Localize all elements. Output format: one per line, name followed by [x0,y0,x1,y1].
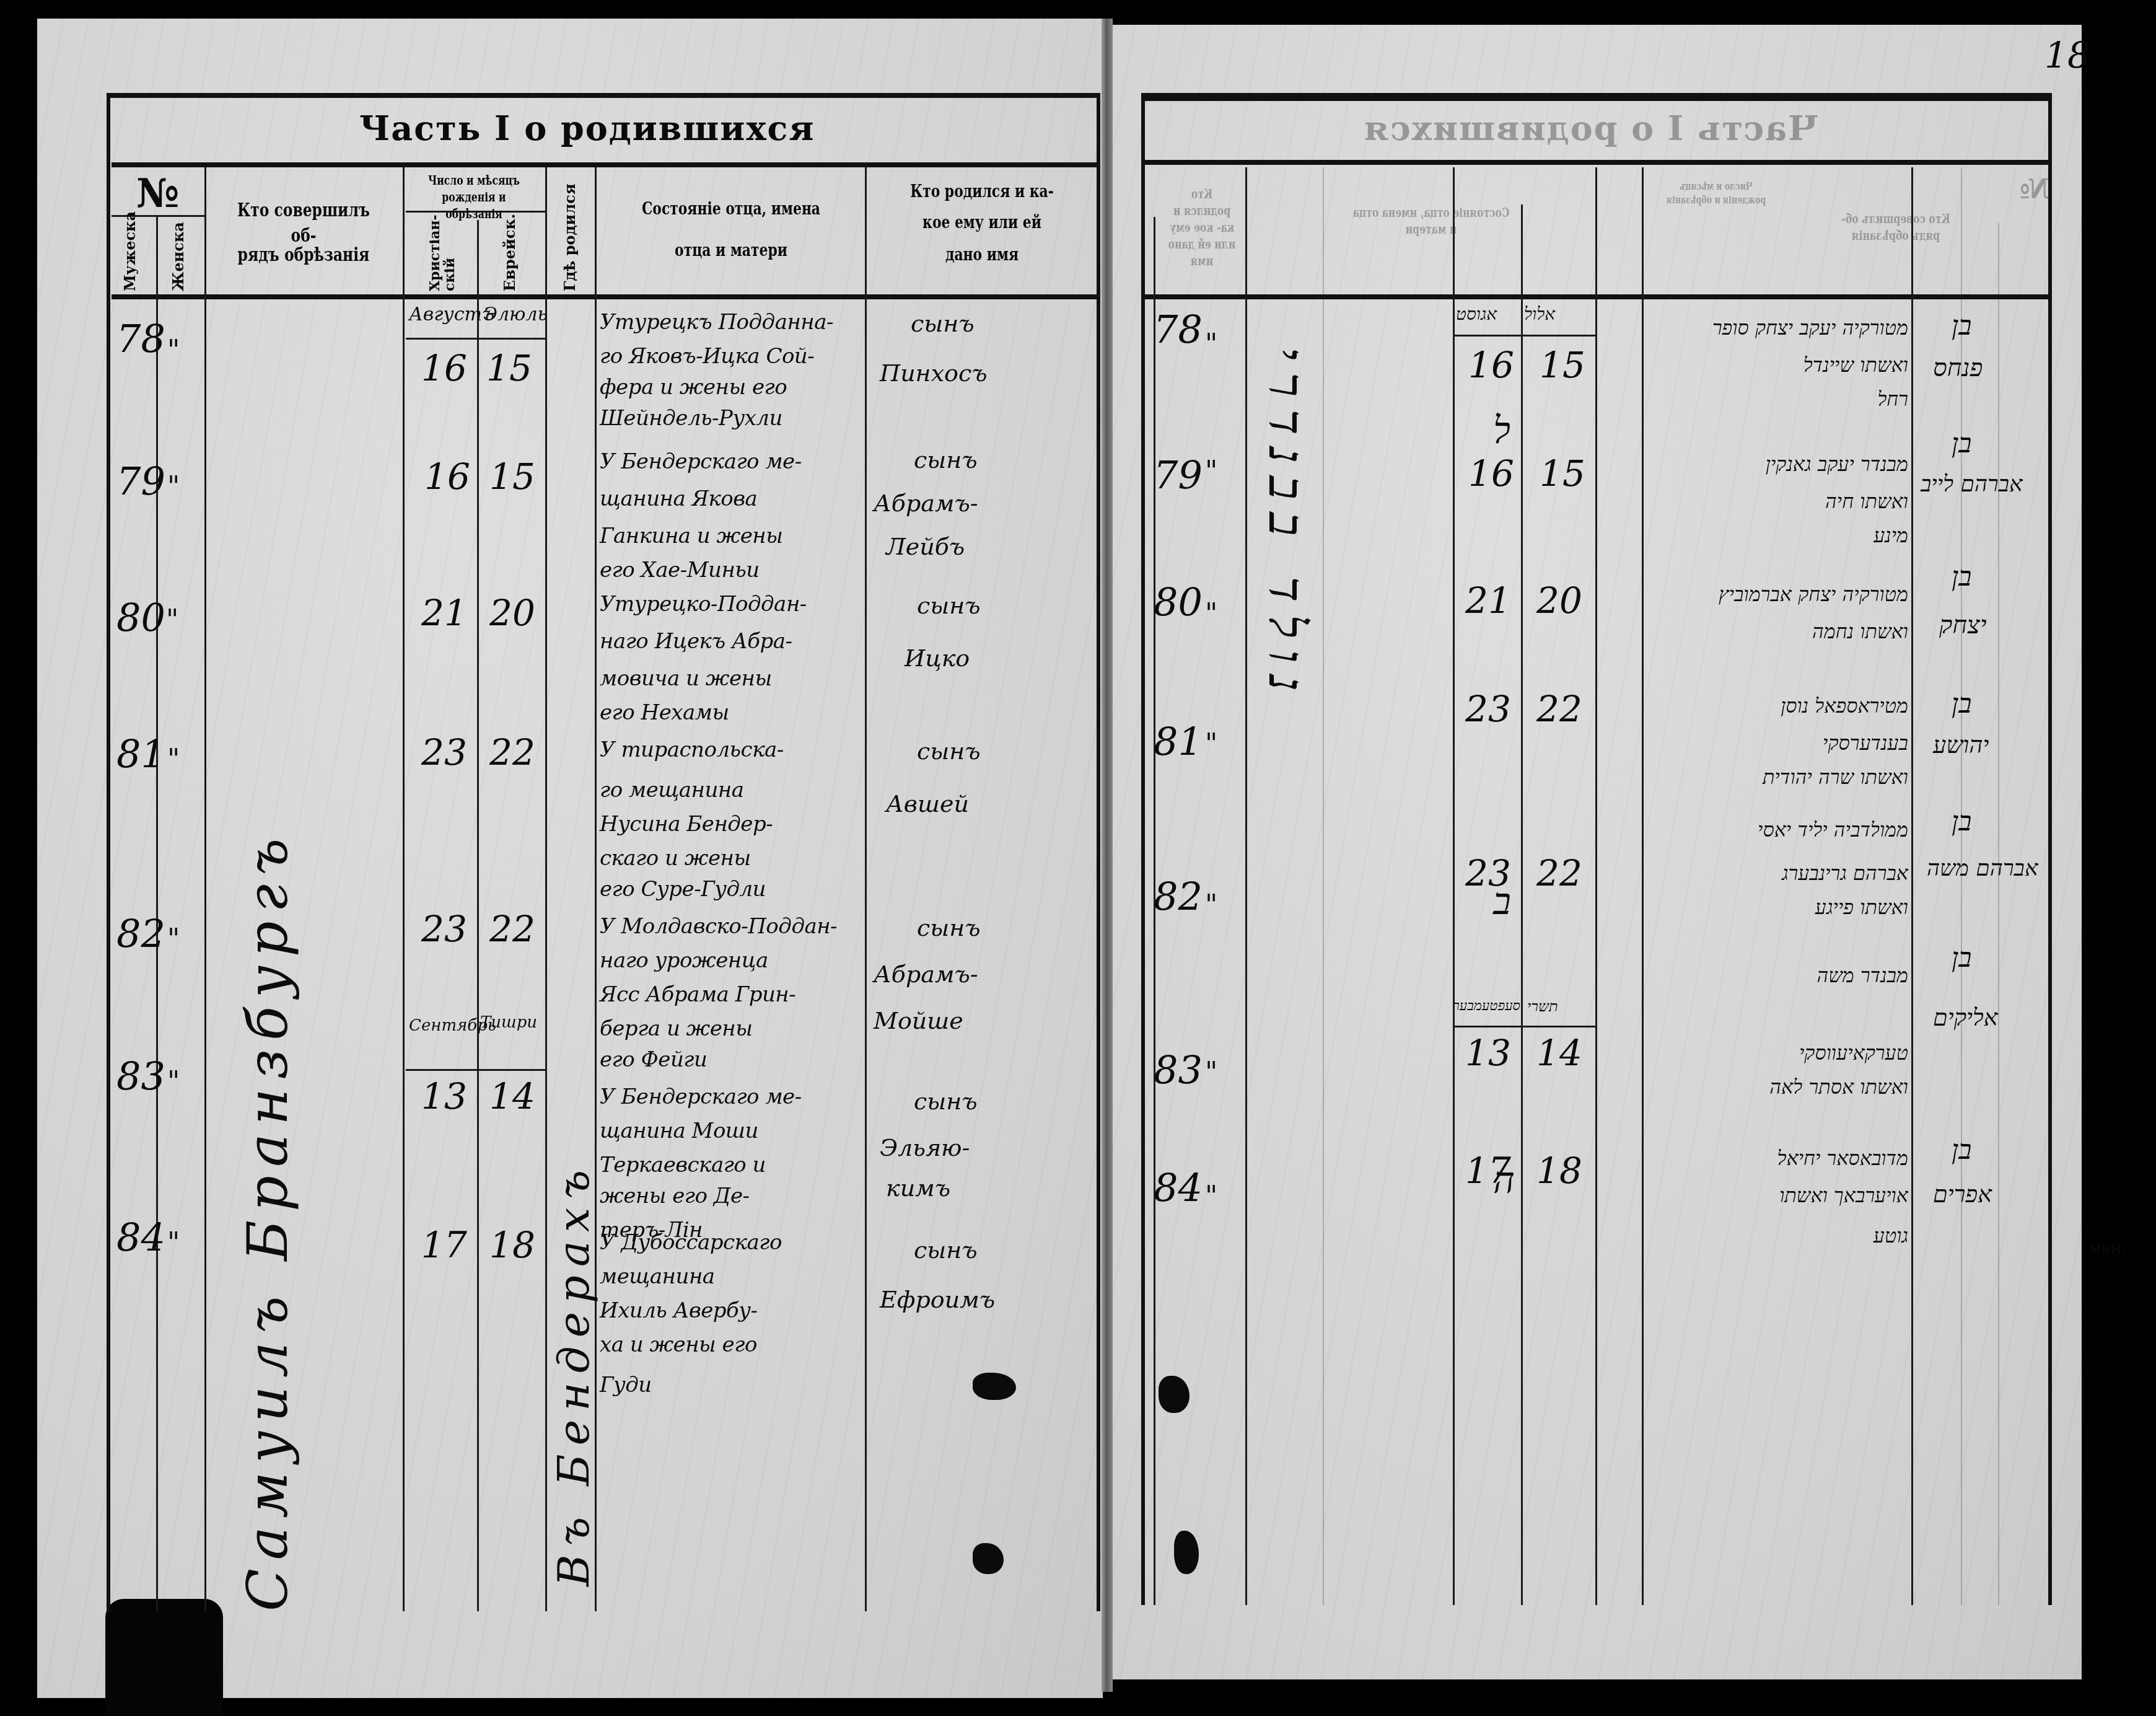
child-header-line3: дано имя [893,243,1072,266]
male-number: 78 [116,316,165,361]
parents-line: Теркаевскаго и [600,1153,766,1177]
parents-line: Утурецко-Поддан- [600,592,807,617]
month-jewish-tishri: Тишри [480,1013,537,1032]
female-ditto: " [167,335,180,366]
month-underline [1453,335,1595,337]
child-name-hebrew: יהושע [1933,731,1989,759]
jewish-date: 15 [489,455,535,498]
margin-note: мен. [2088,1239,2126,1258]
parents-line: его Хае-Миньи [600,558,760,583]
christian-date: 23 [1465,852,1511,894]
col-divider [1453,167,1455,1605]
christian-date: 13 [421,1075,467,1117]
child-name-hebrew: אברהם משה [1927,855,2038,881]
parents-line: Шейндель-Рухли [600,406,782,431]
parents-line: го мещанина [600,778,744,803]
parents-line: жены его Де- [600,1184,750,1208]
parents-hebrew-line: ממולדביה יליד יאסי [1642,818,1908,842]
parents-header-line1: Состояніе отца, имена [627,197,835,221]
male-number: 80 [1154,579,1203,625]
right-page-title-bleedthrough: Часть I о родившихся [1363,108,1818,148]
parents-line: фера и жены его [600,375,787,400]
christian-date: 23 [421,731,467,773]
mirrored-child-header: Кто родился и ка- кое ему или ей дано им… [1168,186,1235,270]
male-number: 79 [1154,452,1203,498]
child-name: Мойше [874,1007,963,1034]
col-divider [403,167,405,1611]
folio-number: 18 [2044,34,2090,76]
date-group-header-line1: Число и мѣсяцъ [416,172,532,189]
left-top-rule [107,93,1098,98]
right-top-rule [1141,96,2052,101]
male-number: 83 [116,1054,165,1099]
parents-hebrew-line: מינע [1642,524,1908,547]
month-christian-hebrew: סעפטעמבער [1453,998,1520,1014]
child-sex: сынъ [914,446,978,473]
christian-date: 16 [1468,452,1514,495]
jewish-date: 22 [489,731,535,773]
parents-line: наго уроженца [600,948,768,973]
parents-hebrew-line: רחל [1642,387,1908,411]
christian-date: 23 [1465,688,1511,730]
child-name: Пинхосъ [880,359,988,387]
parents-hebrew-line: מטיראספאל נוסן [1642,694,1908,718]
parents-hebrew-line: אויערבאך ואשתו [1642,1184,1908,1207]
parents-line: У Молдавско-Поддан- [600,914,837,939]
male-number: 81 [116,731,165,777]
child-sex-hebrew: בן [1952,561,1971,592]
female-header: Женска [169,223,187,291]
child-name: Ефроимъ [880,1286,995,1313]
parents-line: щанина Якова [600,486,757,511]
number-header: № [136,170,180,217]
parents-hebrew-line: ואשתו פייגע [1642,895,1908,919]
col-divider-faint [1323,167,1324,1605]
jewish-date: 22 [1536,852,1582,894]
jewish-date: 18 [1536,1150,1582,1192]
col-divider-faint [1998,223,1999,1605]
child-name-hebrew: אליקים [1933,1004,1998,1032]
binding-tab [105,1599,223,1716]
mirrored-parents-header: Состояніе отца, имена отца и матери [1349,205,1513,238]
parents-hebrew-line: מטורקיה יעקב יצחק סופר [1642,316,1908,340]
col-divider [545,167,547,1611]
parents-line: его Суре-Гудли [600,877,766,902]
child-sex: сынъ [911,310,975,337]
month-jewish-hebrew: תשרי [1527,998,1558,1016]
parents-line: У Дубоссарскаго [600,1230,782,1255]
parents-hebrew-line: מבנדר משה [1642,964,1908,987]
female-ditto: " [167,744,180,775]
col-divider [1642,167,1644,1605]
child-sex-hebrew: בן [1952,1134,1971,1166]
parents-line: мовича и жены [600,666,772,691]
parents-hebrew-line: מבנדר יעקב גאנקין [1642,452,1908,476]
child-header-line1: Кто родился и ка- [893,180,1072,203]
child-sex: сынъ [917,592,981,619]
month-jewish-elul: Элюль [483,304,548,325]
male-number: 82 [116,911,165,956]
circumciser-mark: ל [1493,409,1510,452]
female-ditto: " [167,1227,180,1259]
parents-hebrew-line: ואשתו חיה [1642,490,1908,513]
parents-hebrew-line: ואשתו אסתר לאה [1642,1075,1908,1099]
child-sex: сынъ [917,914,981,941]
parents-hebrew-line: גוטע [1642,1224,1908,1247]
parents-line: Утурецкъ Подданна- [600,310,833,335]
parents-line: Гуди [600,1373,652,1397]
male-number: 83 [1154,1047,1203,1093]
parents-line: У тираспольска- [600,737,784,762]
child-name-hebrew: אפרים [1933,1181,1992,1208]
month-underline [406,338,545,340]
col-divider [1521,205,1523,1605]
left-title-rule [112,162,1097,167]
jewish-date: 15 [1540,344,1585,386]
jewish-date: 20 [1536,579,1582,622]
col-divider [204,167,206,1611]
male-number: 84 [1154,1165,1203,1210]
left-header-rule [112,294,1097,299]
male-number: 82 [1154,874,1203,919]
christian-date: 21 [421,592,467,634]
female-ditto: " [1205,1057,1217,1088]
col-divider [865,167,867,1611]
parents-line: Ганкина и жены [600,524,782,548]
child-name: кимъ [886,1174,950,1202]
parents-line: скаго и жены [600,846,751,871]
child-sex-hebrew: בן [1952,428,1971,459]
female-ditto: " [1205,889,1217,921]
mirrored-number-header: № [2020,174,2049,205]
jewish-date: 15 [486,347,532,389]
col-divider [1245,167,1247,1605]
parents-hebrew-line: ואשתו שיינדל [1642,353,1908,377]
male-number: 81 [1154,719,1203,764]
child-name: Абрамъ- [874,961,978,988]
child-header-line2: кое ему или ей [893,211,1072,234]
child-name-hebrew: פנחס [1933,353,1983,382]
month-christian-hebrew: אגוסט [1456,304,1497,325]
right-title-rule [1143,160,2051,165]
child-name-hebrew: יצחק [1939,610,1987,640]
month-underline [406,1069,545,1071]
parents-line: Нусина Бендер- [600,812,773,837]
birthplace-hebrew-vertical: נולד בבנדרי [1258,347,1315,1463]
month-christian-aug: Августъ [409,304,494,325]
jewish-date: 22 [1536,688,1582,730]
child-name: Эльяю- [880,1134,970,1161]
parents-line: го Яковъ-Ицка Сой- [600,344,814,369]
left-right-border [1097,93,1100,1611]
christian-date: 13 [1465,1032,1511,1074]
male-header: Мужеска [121,223,139,291]
parents-line: наго Ицекъ Абра- [600,629,792,654]
circumciser-header-line1: Кто совершилъ об- [231,198,376,249]
child-name: Лейбъ [886,533,965,560]
birthplace-header: Гдѣ родился [561,177,579,291]
jewish-date: 15 [1540,452,1585,495]
christian-date: 16 [1468,344,1514,386]
col-divider-faint [1961,167,1962,1605]
male-number: 78 [1154,307,1203,352]
col-divider [477,220,479,1611]
book-gutter [1102,19,1113,1692]
parents-line: его Нехамы [600,700,729,725]
female-ditto: " [1205,328,1217,360]
child-name: Авшей [886,790,969,817]
christian-date: 16 [421,347,467,389]
female-ditto: " [167,1066,180,1098]
parents-hebrew-line: ואשתו שרה יהודית [1642,765,1908,789]
child-sex: сынъ [914,1236,978,1264]
female-ditto: " [166,604,178,636]
parents-hebrew-line: טערקאיעווסקי [1642,1041,1908,1065]
child-sex: сынъ [917,737,981,765]
child-name: Абрамъ- [874,490,978,517]
col-divider [1595,167,1597,1605]
parents-line: его Фейги [600,1047,707,1072]
female-ditto: " [1205,1181,1217,1212]
parents-line: щанина Моши [600,1119,758,1143]
parents-line: берга и жены [600,1016,752,1041]
parents-line: Ихиль Авербу- [600,1298,758,1323]
child-sex-hebrew: בן [1952,310,1971,341]
parents-line: Ясс Абрама Грин- [600,982,795,1007]
parents-hebrew-line: אברהם גרינבערג [1642,861,1908,885]
christian-date: 23 [421,908,467,950]
month-underline [1453,1026,1595,1027]
christian-date: 17 [1465,1150,1511,1192]
female-ditto: " [1205,728,1217,760]
birthplace-vertical: Въ Бендерахъ [548,347,599,1586]
parents-hebrew-line: מדובאסאר יחיאל [1642,1146,1908,1170]
parents-line: У Бендерскаго ме- [600,449,802,474]
parents-line: У Бендерскаго ме- [600,1085,802,1109]
left-page-title: Часть I о родившихся [359,108,815,148]
jewish-date: 14 [489,1075,535,1117]
month-jewish-hebrew: אלול [1524,304,1555,325]
col-divider [1911,167,1913,1605]
parents-header-line2: отца и матери [627,239,835,262]
child-sex-hebrew: בן [1952,942,1971,974]
christian-date: 21 [1465,579,1511,622]
female-ditto: " [167,471,180,503]
male-number: 80 [116,595,165,640]
parents-hebrew-line: מטורקיה יצחק אברמוביץ [1642,583,1908,606]
jewish-date: 14 [1536,1032,1582,1074]
child-sex-hebrew: בן [1952,688,1971,719]
parents-hebrew-line: ואשתו נחמה [1642,620,1908,643]
christian-date-header: Христіан-скій [427,217,458,291]
jewish-date: 18 [489,1224,535,1266]
mirrored-circumciser-header: Кто совершилъ об- рядъ обрѣзанія [1838,211,1953,244]
circumciser-signature: Самуилъ Бранзбургъ [235,434,300,1611]
parents-hebrew-line: בענדערסקי [1642,731,1908,755]
christian-date: 16 [424,455,470,498]
jewish-date: 22 [489,908,535,950]
female-ditto: " [1205,598,1217,630]
female-ditto: " [1205,455,1217,487]
child-sex-hebrew: בן [1952,806,1971,837]
male-number: 79 [116,459,165,504]
female-ditto: " [167,923,180,955]
christian-date: 17 [421,1224,467,1266]
child-sex: сынъ [914,1088,978,1115]
parents-line: ха и жены его [600,1332,757,1357]
child-name-hebrew: אברהם לייב [1921,471,2023,497]
parents-line: мещанина [600,1264,715,1289]
child-name: Ицко [905,645,970,672]
jewish-date-header: Еврейск. [501,226,519,291]
circumciser-header-line2: рядъ обрѣзанія [231,243,376,268]
male-number: 84 [116,1215,165,1260]
jewish-date: 20 [489,592,535,634]
mirrored-date-group-header: Число и мѣсяцъ рожденія и обрѣзанія [1663,180,1769,206]
